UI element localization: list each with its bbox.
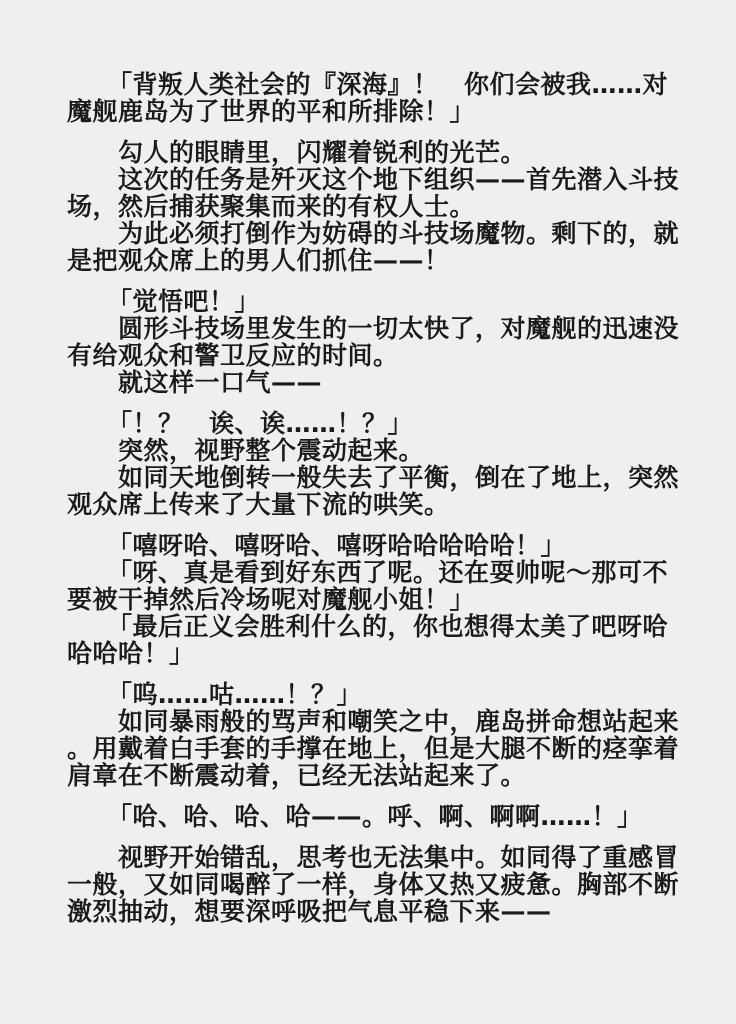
text-line: 肩章在不断震动着，已经无法站起来了。: [67, 762, 678, 789]
text-line: 「背叛人类社会的『深海』！ 你们会被我……对: [67, 71, 678, 98]
text-line: 魔舰鹿岛为了世界的平和所排除！」: [67, 98, 678, 125]
paragraph-group: 「呜……咕……！？」如同暴雨般的骂声和嘲笑之中，鹿岛拼命想站起来。用戴着白手套的…: [67, 681, 678, 789]
text-line: 「觉悟吧！」: [67, 288, 678, 315]
text-line: 激烈抽动，想要深呼吸把气息平稳下来——: [67, 898, 678, 925]
text-line: 观众席上传来了大量下流的哄笑。: [67, 491, 678, 518]
text-line: 「！？ 诶、诶……！？」: [67, 410, 678, 437]
text-line: 这次的任务是歼灭这个地下组织——首先潜入斗技: [67, 166, 678, 193]
text-line: 圆形斗技场里发生的一切太快了，对魔舰的迅速没: [67, 315, 678, 342]
text-line: 「呀、真是看到好东西了呢。还在耍帅呢～那可不: [67, 559, 678, 586]
paragraph-group: 「！？ 诶、诶……！？」突然，视野整个震动起来。如同天地倒转一般失去了平衡，倒在…: [67, 410, 678, 518]
text-line: 「嘻呀哈、嘻呀哈、嘻呀哈哈哈哈哈！」: [67, 532, 678, 559]
text-line: 「呜……咕……！？」: [67, 681, 678, 708]
text-line: 如同天地倒转一般失去了平衡，倒在了地上，突然: [67, 464, 678, 491]
text-line: 要被干掉然后冷场呢对魔舰小姐！」: [67, 586, 678, 613]
text-line: 哈哈哈！」: [67, 640, 678, 667]
paragraph-group: 「背叛人类社会的『深海』！ 你们会被我……对魔舰鹿岛为了世界的平和所排除！」: [67, 71, 678, 125]
text-line: 有给观众和警卫反应的时间。: [67, 342, 678, 369]
text-line: 突然，视野整个震动起来。: [67, 437, 678, 464]
text-line: 是把观众席上的男人们抓住——！: [67, 247, 678, 274]
paragraph-group: 「嘻呀哈、嘻呀哈、嘻呀哈哈哈哈哈！」「呀、真是看到好东西了呢。还在耍帅呢～那可不…: [67, 532, 678, 667]
text-line: 一般，又如同喝醉了一样，身体又热又疲惫。胸部不断: [67, 871, 678, 898]
paragraph-group: 视野开始错乱，思考也无法集中。如同得了重感冒一般，又如同喝醉了一样，身体又热又疲…: [67, 844, 678, 925]
text-line: 「最后正义会胜利什么的，你也想得太美了吧呀哈: [67, 613, 678, 640]
text-line: 。用戴着白手套的手撑在地上，但是大腿不断的痉挛着: [67, 735, 678, 762]
paragraph-group: 「哈、哈、哈、哈——。呼、啊、啊啊……！」: [67, 803, 678, 830]
paragraph-group: 「觉悟吧！」圆形斗技场里发生的一切太快了，对魔舰的迅速没有给观众和警卫反应的时间…: [67, 288, 678, 396]
text-line: 如同暴雨般的骂声和嘲笑之中，鹿岛拼命想站起来: [67, 708, 678, 735]
text-line: 视野开始错乱，思考也无法集中。如同得了重感冒: [67, 844, 678, 871]
novel-page: 「背叛人类社会的『深海』！ 你们会被我……对魔舰鹿岛为了世界的平和所排除！」勾人…: [0, 0, 736, 1024]
paragraph-group: 勾人的眼睛里，闪耀着锐利的光芒。这次的任务是歼灭这个地下组织——首先潜入斗技场，…: [67, 139, 678, 274]
text-line: 场，然后捕获聚集而来的有权人士。: [67, 193, 678, 220]
text-line: 「哈、哈、哈、哈——。呼、啊、啊啊……！」: [67, 803, 678, 830]
text-line: 就这样一口气——: [67, 369, 678, 396]
text-line: 为此必须打倒作为妨碍的斗技场魔物。剩下的，就: [67, 220, 678, 247]
text-content: 「背叛人类社会的『深海』！ 你们会被我……对魔舰鹿岛为了世界的平和所排除！」勾人…: [67, 71, 678, 925]
text-line: 勾人的眼睛里，闪耀着锐利的光芒。: [67, 139, 678, 166]
